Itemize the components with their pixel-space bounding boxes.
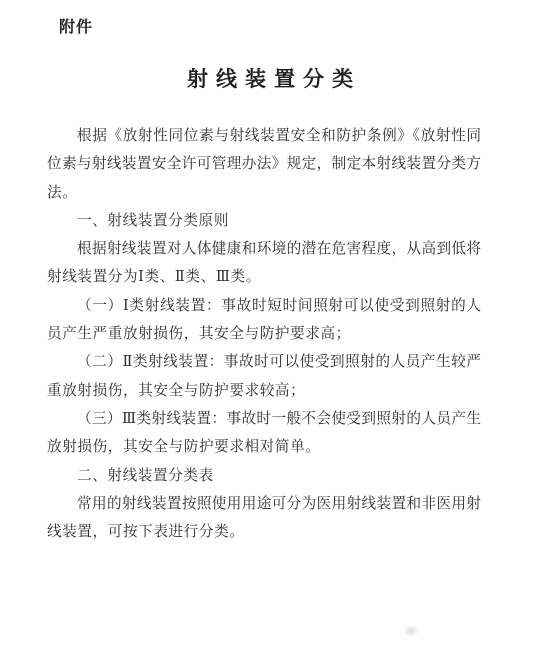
body-line: 重放射损伤，其安全与防护要求较高； xyxy=(47,377,481,405)
page-title: 射线装置分类 xyxy=(0,63,540,93)
body-line: 位素与射线装置安全许可管理办法》规定，制定本射线装置分类方 xyxy=(47,150,481,178)
body-line: 线装置，可按下表进行分类。 xyxy=(47,518,481,546)
body-line: 员产生严重放射损伤，其安全与防护要求高； xyxy=(47,320,481,348)
body-line: 放射损伤，其安全与防护要求相对简单。 xyxy=(47,433,481,461)
body-line: 一、射线装置分类原则 xyxy=(47,207,481,235)
body-line: 二、射线装置分类表 xyxy=(47,462,481,490)
body-line: 根据射线装置对人体健康和环境的潜在危害程度，从高到低将 xyxy=(47,235,481,263)
body-line: （一）Ⅰ类射线装置：事故时短时间照射可以使受到照射的人 xyxy=(47,292,481,320)
document-page: 附件 射线装置分类 根据《放射性同位素与射线装置安全和防护条例》《放射性同位素与… xyxy=(0,0,540,661)
document-body: 根据《放射性同位素与射线装置安全和防护条例》《放射性同位素与射线装置安全许可管理… xyxy=(47,122,481,546)
body-line: 法。 xyxy=(47,179,481,207)
scan-smudge-artifact xyxy=(403,625,419,637)
body-line: 常用的射线装置按照使用用途可分为医用射线装置和非医用射 xyxy=(47,490,481,518)
body-line: （三）Ⅲ类射线装置：事故时一般不会使受到照射的人员产生 xyxy=(47,405,481,433)
attachment-label: 附件 xyxy=(59,14,93,37)
body-line: （二）Ⅱ类射线装置：事故时可以使受到照射的人员产生较严 xyxy=(47,348,481,376)
body-line: 射线装置分为Ⅰ类、Ⅱ类、Ⅲ类。 xyxy=(47,263,481,291)
body-line: 根据《放射性同位素与射线装置安全和防护条例》《放射性同 xyxy=(47,122,481,150)
